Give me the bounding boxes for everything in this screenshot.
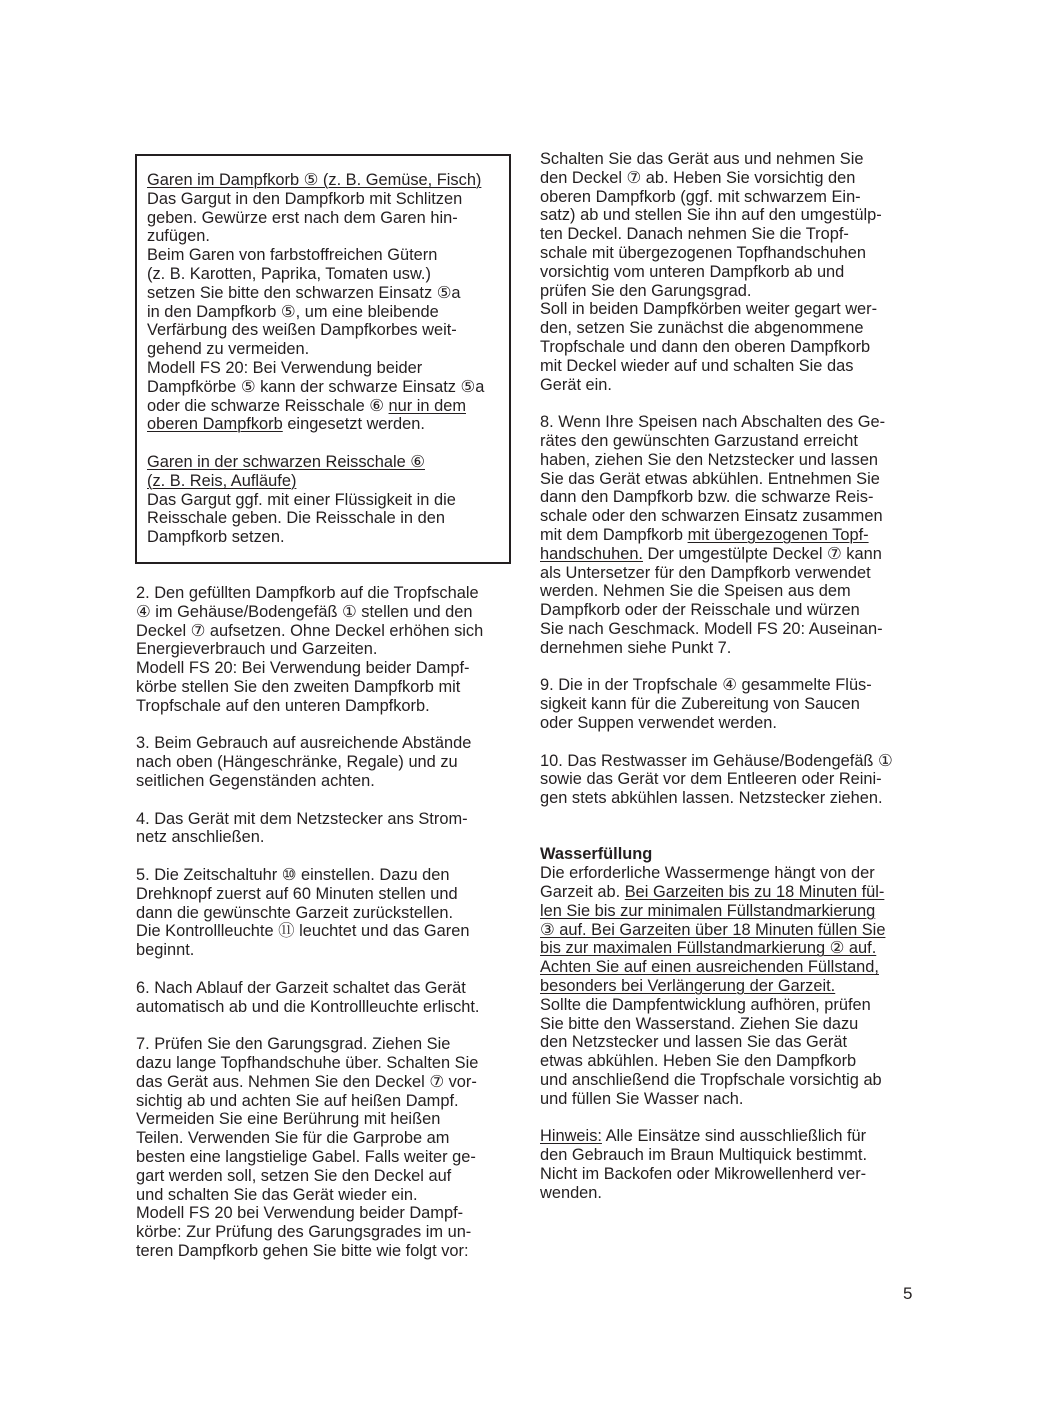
text-fragment: Der umgestülpte Deckel ⑦ kann — [643, 545, 882, 563]
text-line: mit dem Dampfkorb mit übergezogenen Topf… — [540, 526, 920, 545]
spacer — [540, 394, 920, 413]
underlined-text: oberen Dampfkorb — [147, 415, 283, 433]
text-line: den, setzen Sie zunächst die abgenommene — [540, 319, 920, 338]
underlined-text: Achten Sie auf einen ausreichenden Fülls… — [540, 958, 920, 977]
water-filling-section: Wasserfüllung Die erforderliche Wasserme… — [540, 845, 920, 1108]
text-line: Modell FS 20 bei Verwendung beider Dampf… — [136, 1204, 516, 1223]
text-line: in den Dampfkorb ⑤, um eine bleibende — [147, 303, 507, 322]
text-line: Dampfkorb oder der Reisschale und würzen — [540, 601, 920, 620]
text-line: oberen Dampfkorb (ggf. mit schwarzem Ein… — [540, 188, 920, 207]
info-box-content: Garen im Dampfkorb ⑤ (z. B. Gemüse, Fisc… — [147, 171, 507, 547]
right-column: Schalten Sie das Gerät aus und nehmen Si… — [540, 150, 920, 1203]
text-line: schale mit übergezogenen Topfhandschuhen — [540, 244, 920, 263]
spacer — [136, 791, 516, 810]
text-line: Teilen. Verwenden Sie für die Garprobe a… — [136, 1129, 516, 1148]
step-9: 9. Die in der Tropfschale ④ gesammelte F… — [540, 676, 920, 732]
text-fragment: Garzeit ab. — [540, 883, 625, 901]
text-line: dazu lange Topfhandschuhe über. Schalten… — [136, 1054, 516, 1073]
section-heading-steam-basket: Garen im Dampfkorb ⑤ (z. B. Gemüse, Fisc… — [147, 171, 507, 190]
text-line: Hinweis: Alle Einsätze sind ausschließli… — [540, 1127, 920, 1146]
underlined-text: handschuhen. — [540, 545, 643, 563]
spacer — [136, 960, 516, 979]
text-line: gen stets abkühlen lassen. Netzstecker z… — [540, 789, 920, 808]
spacer — [540, 1109, 920, 1128]
spacer — [540, 658, 920, 677]
text-line: dann den Dampfkorb bzw. die schwarze Rei… — [540, 488, 920, 507]
text-line: den Gebrauch im Braun Multiquick bestimm… — [540, 1146, 920, 1165]
left-column: 2. Den gefüllten Dampfkorb auf die Tropf… — [136, 584, 516, 1261]
text-line: Drehknopf zuerst auf 60 Minuten stellen … — [136, 885, 516, 904]
text-line: Dampfkörbe ⑤ kann der schwarze Einsatz ⑤… — [147, 378, 507, 397]
text-line: Sollte die Dampfentwicklung aufhören, pr… — [540, 996, 920, 1015]
spacer — [147, 434, 507, 453]
text-line: nach oben (Hängeschränke, Regale) und zu — [136, 753, 516, 772]
text-line: Die erforderliche Wassermenge hängt von … — [540, 864, 920, 883]
note-label: Hinweis: — [540, 1127, 602, 1145]
underlined-text: besonders bei Verlängerung der Garzeit. — [540, 977, 920, 996]
page-number: 5 — [903, 1285, 912, 1304]
step-10: 10. Das Restwasser im Gehäuse/Bodengefäß… — [540, 752, 920, 808]
text-line: Das Gargut in den Dampfkorb mit Schlitze… — [147, 190, 507, 209]
text-line: mit Deckel wieder auf und schalten Sie d… — [540, 357, 920, 376]
text-line: Tropfschale und dann den oberen Dampfkor… — [540, 338, 920, 357]
text-line: 6. Nach Ablauf der Garzeit schaltet das … — [136, 979, 516, 998]
text-line: und schalten Sie das Gerät wieder ein. — [136, 1186, 516, 1205]
text-line: 5. Die Zeitschaltuhr ⑩ einstellen. Dazu … — [136, 866, 516, 885]
text-line: 3. Beim Gebrauch auf ausreichende Abstän… — [136, 734, 516, 753]
text-line: Dampfkorb setzen. — [147, 528, 507, 547]
underlined-text: nur in dem — [389, 397, 466, 415]
text-line: sowie das Gerät vor dem Entleeren oder R… — [540, 770, 920, 789]
underlined-text: Bei Garzeiten bis zu 18 Minuten fül- — [625, 883, 885, 901]
text-line: besten eine langstielige Gabel. Falls we… — [136, 1148, 516, 1167]
note-section: Hinweis: Alle Einsätze sind ausschließli… — [540, 1127, 920, 1202]
text-line: gart werden soll, setzen Sie den Deckel … — [136, 1167, 516, 1186]
section-heading-rice-bowl: Garen in der schwarzen Reisschale ⑥ — [147, 453, 507, 472]
step-3: 3. Beim Gebrauch auf ausreichende Abstän… — [136, 734, 516, 790]
text-line: satz) ab und stellen Sie ihn auf den umg… — [540, 206, 920, 225]
text-line: Das Gargut ggf. mit einer Flüssigkeit in… — [147, 491, 507, 510]
underlined-text: len Sie bis zur minimalen Füllstandmarki… — [540, 902, 920, 921]
text-line: 2. Den gefüllten Dampfkorb auf die Tropf… — [136, 584, 516, 603]
text-line: haben, ziehen Sie den Netzstecker und la… — [540, 451, 920, 470]
text-line: 4. Das Gerät mit dem Netzstecker ans Str… — [136, 810, 516, 829]
text-line: 10. Das Restwasser im Gehäuse/Bodengefäß… — [540, 752, 920, 771]
text-line: automatisch ab und die Kontrollleuchte e… — [136, 998, 516, 1017]
text-line: Gerät ein. — [540, 376, 920, 395]
text-fragment: Alle Einsätze sind ausschließlich für — [602, 1127, 866, 1145]
text-line: Nicht im Backofen oder Mikrowellenherd v… — [540, 1165, 920, 1184]
text-line: 9. Die in der Tropfschale ④ gesammelte F… — [540, 676, 920, 695]
text-line: rätes den gewünschten Garzustand erreich… — [540, 432, 920, 451]
text-line: Reisschale geben. Die Reisschale in den — [147, 509, 507, 528]
text-line: Beim Garen von farbstoffreichen Gütern — [147, 246, 507, 265]
underlined-text: mit übergezogenen Topf- — [688, 526, 869, 544]
section-heading-rice-bowl-examples: (z. B. Reis, Aufläufe) — [147, 472, 507, 491]
text-line: Soll in beiden Dampfkörben weiter gegart… — [540, 300, 920, 319]
step-4: 4. Das Gerät mit dem Netzstecker ans Str… — [136, 810, 516, 848]
text-line: 8. Wenn Ihre Speisen nach Abschalten des… — [540, 413, 920, 432]
text-line: netz anschließen. — [136, 828, 516, 847]
text-line: zufügen. — [147, 227, 507, 246]
text-line: Sie nach Geschmack. Modell FS 20: Ausein… — [540, 620, 920, 639]
text-line: und anschließend die Tropfschale vorsich… — [540, 1071, 920, 1090]
text-line: dernehmen siehe Punkt 7. — [540, 639, 920, 658]
text-line: gehend zu vermeiden. — [147, 340, 507, 359]
step-5: 5. Die Zeitschaltuhr ⑩ einstellen. Dazu … — [136, 866, 516, 960]
spacer — [136, 716, 516, 735]
text-line: handschuhen. Der umgestülpte Deckel ⑦ ka… — [540, 545, 920, 564]
text-line: und füllen Sie Wasser nach. — [540, 1090, 920, 1109]
info-box: Garen im Dampfkorb ⑤ (z. B. Gemüse, Fisc… — [135, 154, 511, 564]
text-line: setzen Sie bitte den schwarzen Einsatz ⑤… — [147, 284, 507, 303]
text-line: sichtig ab und achten Sie auf heißen Dam… — [136, 1092, 516, 1111]
text-line: oder die schwarze Reisschale ⑥ nur in de… — [147, 397, 507, 416]
text-line: vorsichtig vom unteren Dampfkorb ab und — [540, 263, 920, 282]
text-line: werden. Nehmen Sie die Speisen aus dem — [540, 582, 920, 601]
text-line: wenden. — [540, 1184, 920, 1203]
step-2: 2. Den gefüllten Dampfkorb auf die Tropf… — [136, 584, 516, 716]
text-line: den Deckel ⑦ ab. Heben Sie vorsichtig de… — [540, 169, 920, 188]
text-line: Modell FS 20: Bei Verwendung beider — [147, 359, 507, 378]
text-fragment: oder die schwarze Reisschale ⑥ — [147, 397, 389, 415]
text-line: Vermeiden Sie eine Berührung mit heißen — [136, 1110, 516, 1129]
text-line: Tropfschale auf den unteren Dampfkorb. — [136, 697, 516, 716]
step-8: 8. Wenn Ihre Speisen nach Abschalten des… — [540, 413, 920, 657]
text-line: ④ im Gehäuse/Bodengefäß ① stellen und de… — [136, 603, 516, 622]
text-line: das Gerät aus. Nehmen Sie den Deckel ⑦ v… — [136, 1073, 516, 1092]
step-7-continued: Schalten Sie das Gerät aus und nehmen Si… — [540, 150, 920, 394]
text-line: oberen Dampfkorb eingesetzt werden. — [147, 415, 507, 434]
text-line: Verfärbung des weißen Dampfkorbes weit- — [147, 321, 507, 340]
text-line: Deckel ⑦ aufsetzen. Ohne Deckel erhöhen … — [136, 622, 516, 641]
text-line: 7. Prüfen Sie den Garungsgrad. Ziehen Si… — [136, 1035, 516, 1054]
text-line: oder Suppen verwendet werden. — [540, 714, 920, 733]
text-line: Die Kontrollleuchte ⑪ leuchtet und das G… — [136, 922, 516, 941]
text-line: Modell FS 20: Bei Verwendung beider Damp… — [136, 659, 516, 678]
text-line: Schalten Sie das Gerät aus und nehmen Si… — [540, 150, 920, 169]
spacer — [136, 1016, 516, 1035]
text-line: schale oder den schwarzen Einsatz zusamm… — [540, 507, 920, 526]
step-7: 7. Prüfen Sie den Garungsgrad. Ziehen Si… — [136, 1035, 516, 1261]
spacer — [540, 827, 920, 846]
spacer — [540, 733, 920, 752]
text-fragment: mit dem Dampfkorb — [540, 526, 688, 544]
text-line: Garzeit ab. Bei Garzeiten bis zu 18 Minu… — [540, 883, 920, 902]
text-line: als Untersetzer für den Dampfkorb verwen… — [540, 564, 920, 583]
text-line: teren Dampfkorb gehen Sie bitte wie folg… — [136, 1242, 516, 1261]
text-line: dann die gewünschte Garzeit zurückstelle… — [136, 904, 516, 923]
underlined-text: ③ auf. Bei Garzeiten über 18 Minuten fül… — [540, 921, 920, 940]
text-line: sigkeit kann für die Zubereitung von Sau… — [540, 695, 920, 714]
text-line: ten Deckel. Danach nehmen Sie die Tropf- — [540, 225, 920, 244]
text-fragment: eingesetzt werden. — [283, 415, 425, 433]
text-line: Sie das Gerät etwas abkühlen. Entnehmen … — [540, 470, 920, 489]
text-line: beginnt. — [136, 941, 516, 960]
step-6: 6. Nach Ablauf der Garzeit schaltet das … — [136, 979, 516, 1017]
text-line: Energieverbrauch und Garzeiten. — [136, 640, 516, 659]
text-line: den Netzstecker und lassen Sie das Gerät — [540, 1033, 920, 1052]
underlined-text: bis zur maximalen Füllstandmarkierung ② … — [540, 939, 920, 958]
section-heading-water-filling: Wasserfüllung — [540, 845, 920, 864]
text-line: körbe: Zur Prüfung des Garungsgrades im … — [136, 1223, 516, 1242]
text-line: prüfen Sie den Garungsgrad. — [540, 282, 920, 301]
spacer — [136, 847, 516, 866]
text-line: körbe stellen Sie den zweiten Dampfkorb … — [136, 678, 516, 697]
text-line: geben. Gewürze erst nach dem Garen hin- — [147, 209, 507, 228]
text-line: etwas abkühlen. Heben Sie den Dampfkorb — [540, 1052, 920, 1071]
text-line: seitlichen Gegenständen achten. — [136, 772, 516, 791]
text-line: Sie bitte den Wasserstand. Ziehen Sie da… — [540, 1015, 920, 1034]
spacer — [540, 808, 920, 827]
text-line: (z. B. Karotten, Paprika, Tomaten usw.) — [147, 265, 507, 284]
